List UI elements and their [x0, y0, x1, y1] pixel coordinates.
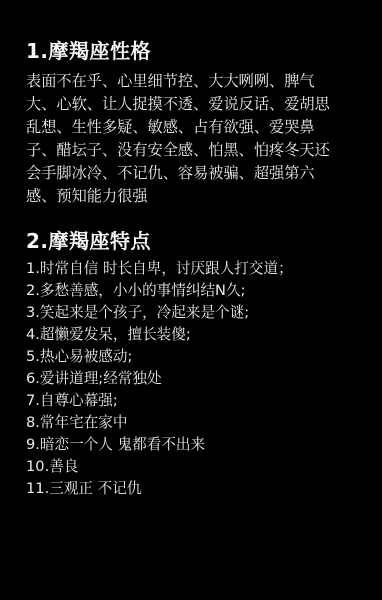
section-title-traits: 2.摩羯座特点 [26, 229, 151, 253]
list-item: 9.暗恋一个人 鬼都看不出来 [26, 434, 293, 456]
paragraph-line: 乱想、生性多疑、敏感、占有欲强、爱哭鼻 [26, 116, 360, 139]
list-item: 2.多愁善感，小小的事情纠结N久; [26, 280, 293, 302]
paragraph-line: 子、醋坛子、没有安全感、怕黑、怕疼冬天还 [26, 139, 360, 162]
document-page: 1.摩羯座性格 表面不在乎、心里细节控、大大咧咧、脾气 大、心软、让人捉摸不透、… [0, 0, 382, 600]
list-item: 3.笑起来是个孩子，冷起来是个谜; [26, 302, 293, 324]
paragraph-line: 会手脚冰冷、不记仇、容易被骗、超强第六 [26, 162, 360, 185]
paragraph-line: 大、心软、让人捉摸不透、爱说反话、爱胡思 [26, 93, 360, 116]
list-item: 5.热心易被感动; [26, 346, 293, 368]
section-title-personality: 1.摩羯座性格 [26, 39, 151, 63]
list-item: 11.三观正 不记仇 [26, 478, 293, 500]
personality-paragraph: 表面不在乎、心里细节控、大大咧咧、脾气 大、心软、让人捉摸不透、爱说反话、爱胡思… [26, 70, 360, 208]
list-item: 8.常年宅在家中 [26, 412, 293, 434]
list-item: 4.超懒爱发呆，擅长装傻; [26, 324, 293, 346]
list-item: 7.自尊心幕强; [26, 390, 293, 412]
paragraph-line: 表面不在乎、心里细节控、大大咧咧、脾气 [26, 70, 360, 93]
list-item: 6.爱讲道理;经常独处 [26, 368, 293, 390]
traits-list: 1.时常自信 时长自卑，讨厌跟人打交道； 2.多愁善感，小小的事情纠结N久; 3… [26, 258, 293, 500]
paragraph-line: 感、预知能力很强 [26, 185, 360, 208]
list-item: 1.时常自信 时长自卑，讨厌跟人打交道； [26, 258, 293, 280]
list-item: 10.善良 [26, 456, 293, 478]
